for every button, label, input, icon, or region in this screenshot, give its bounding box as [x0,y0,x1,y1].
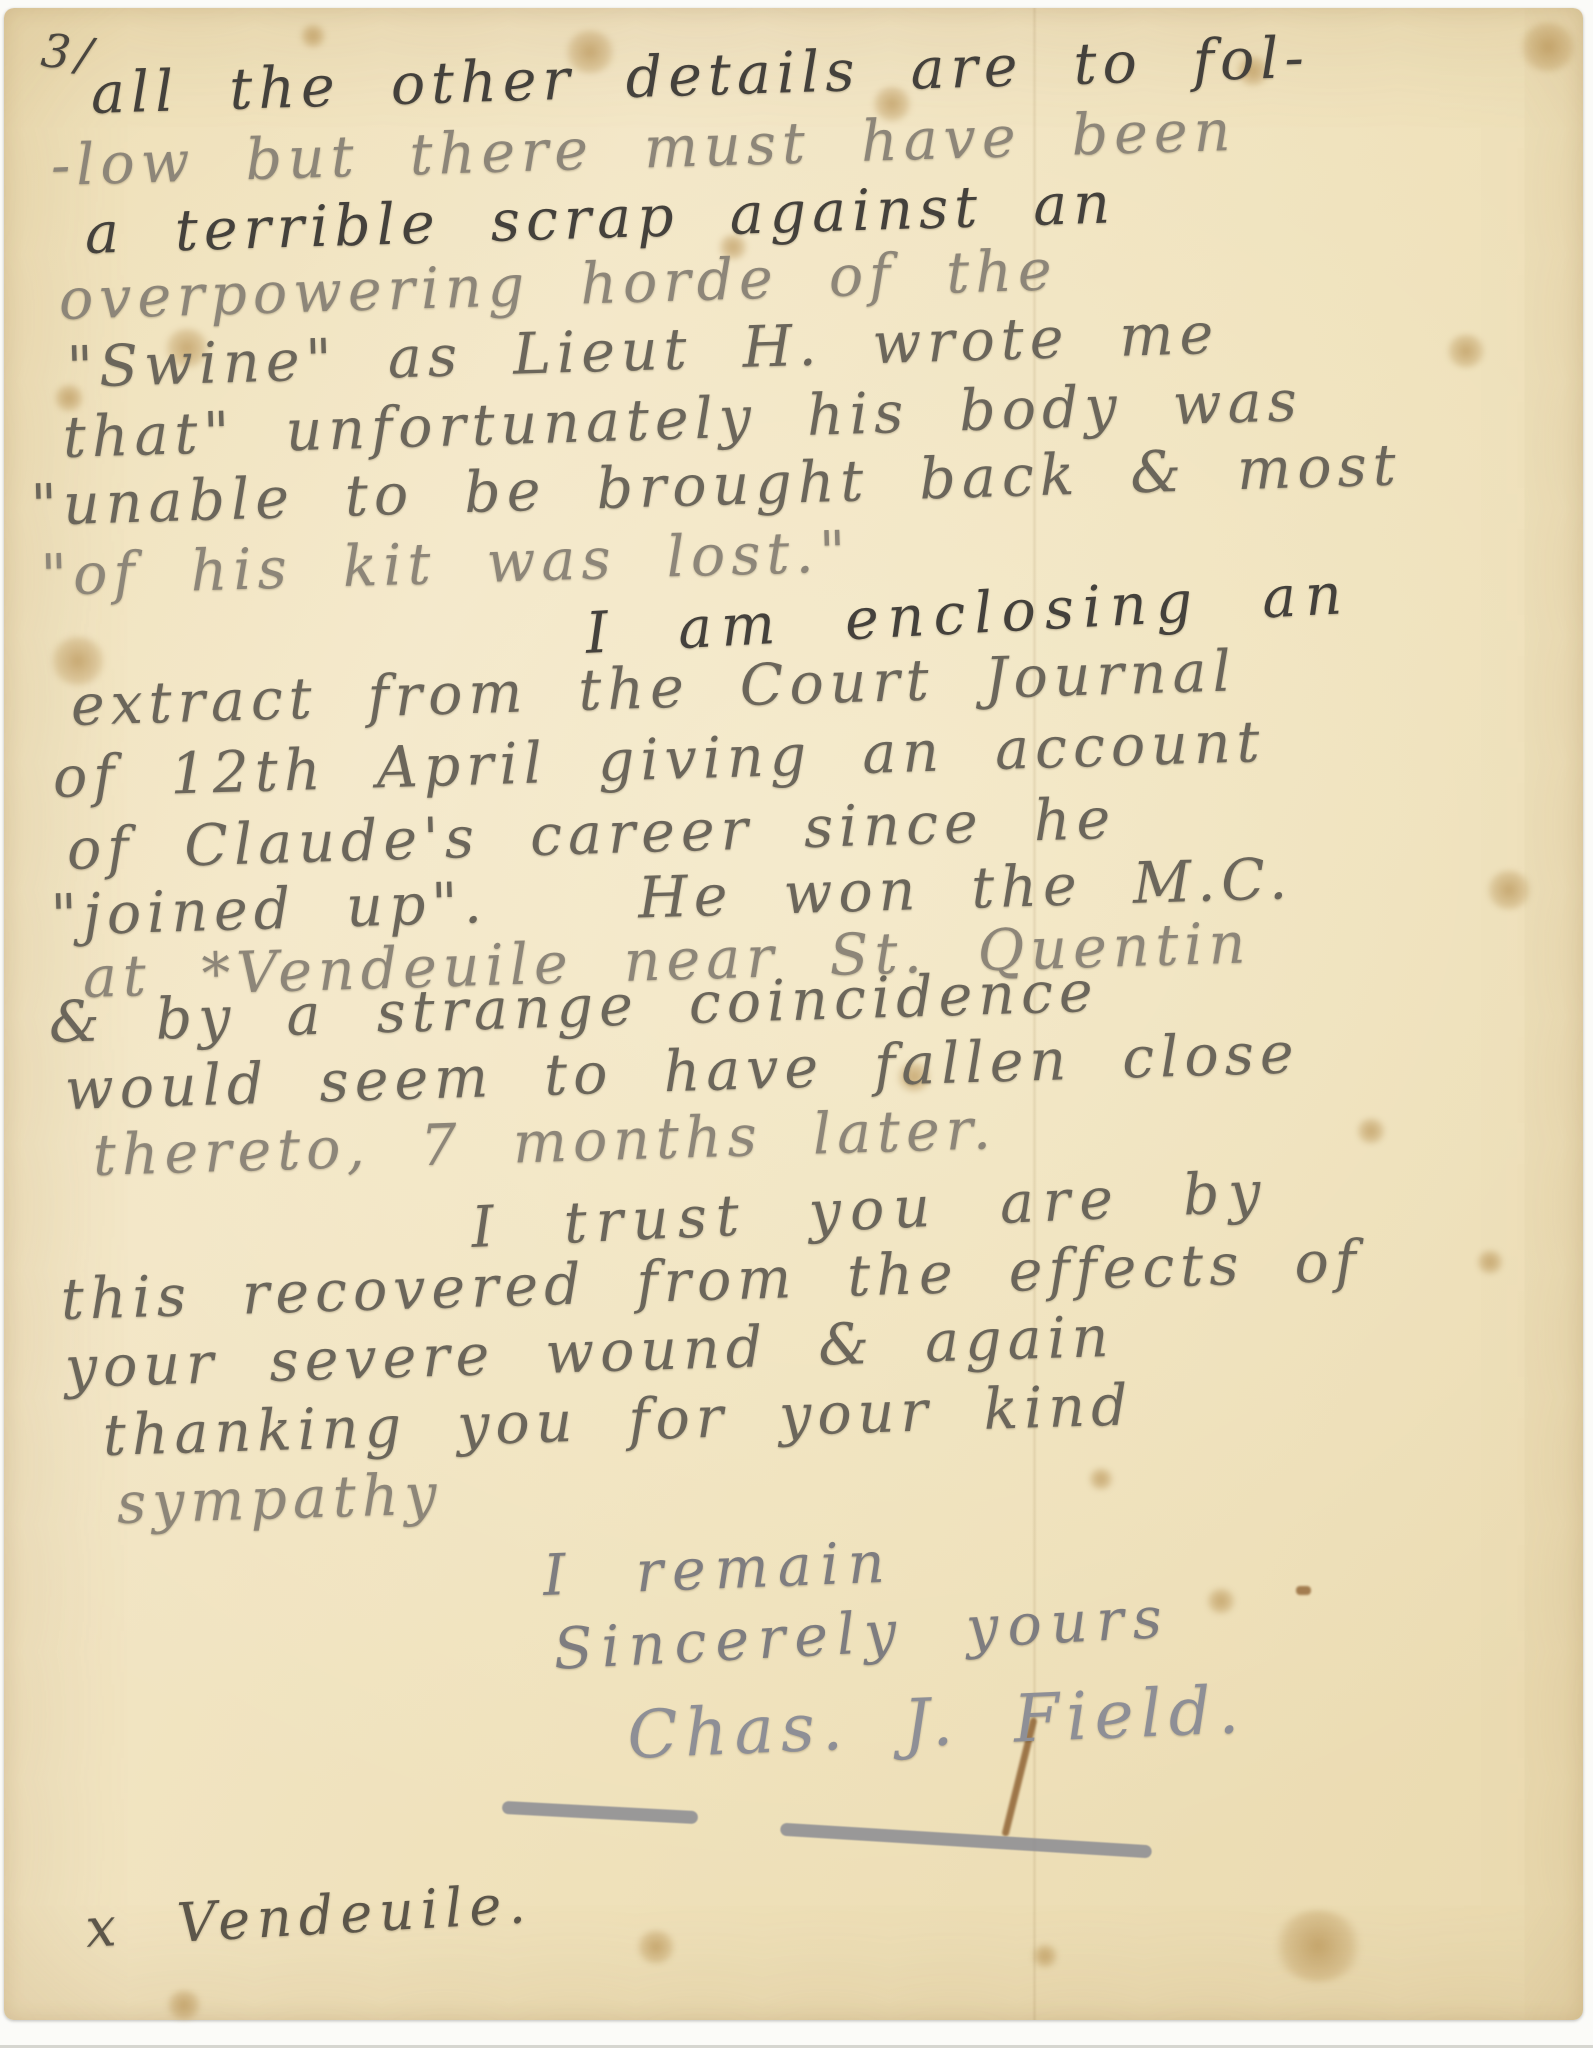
scanned-letter: 3/ all the other details are to fol- -lo… [0,0,1593,2048]
foxing-spot [1206,1588,1236,1614]
foxing-spot [1446,334,1486,368]
letter-page: 3/ all the other details are to fol- -lo… [4,8,1583,2020]
foxing-spot [636,1930,676,1964]
signature: Chas. J. Field. [626,1674,1247,1771]
foxing-spot [1356,1118,1386,1144]
foxing-spot [166,1990,202,2020]
foxing-spot [300,24,326,48]
signature-underline [780,1823,1152,1859]
foxing-spot [1272,1910,1364,1982]
ink-stain [1296,1586,1311,1595]
handwriting-line: sympathy [116,1464,443,1535]
foxing-spot [1486,870,1532,910]
footnote: x Vendeuile. [84,1875,534,1958]
signature-underline [502,1801,698,1824]
foxing-spot [1476,1250,1504,1274]
closing-line: I remain [542,1533,895,1608]
foxing-spot [1088,1468,1114,1490]
foxing-spot [1519,22,1577,72]
